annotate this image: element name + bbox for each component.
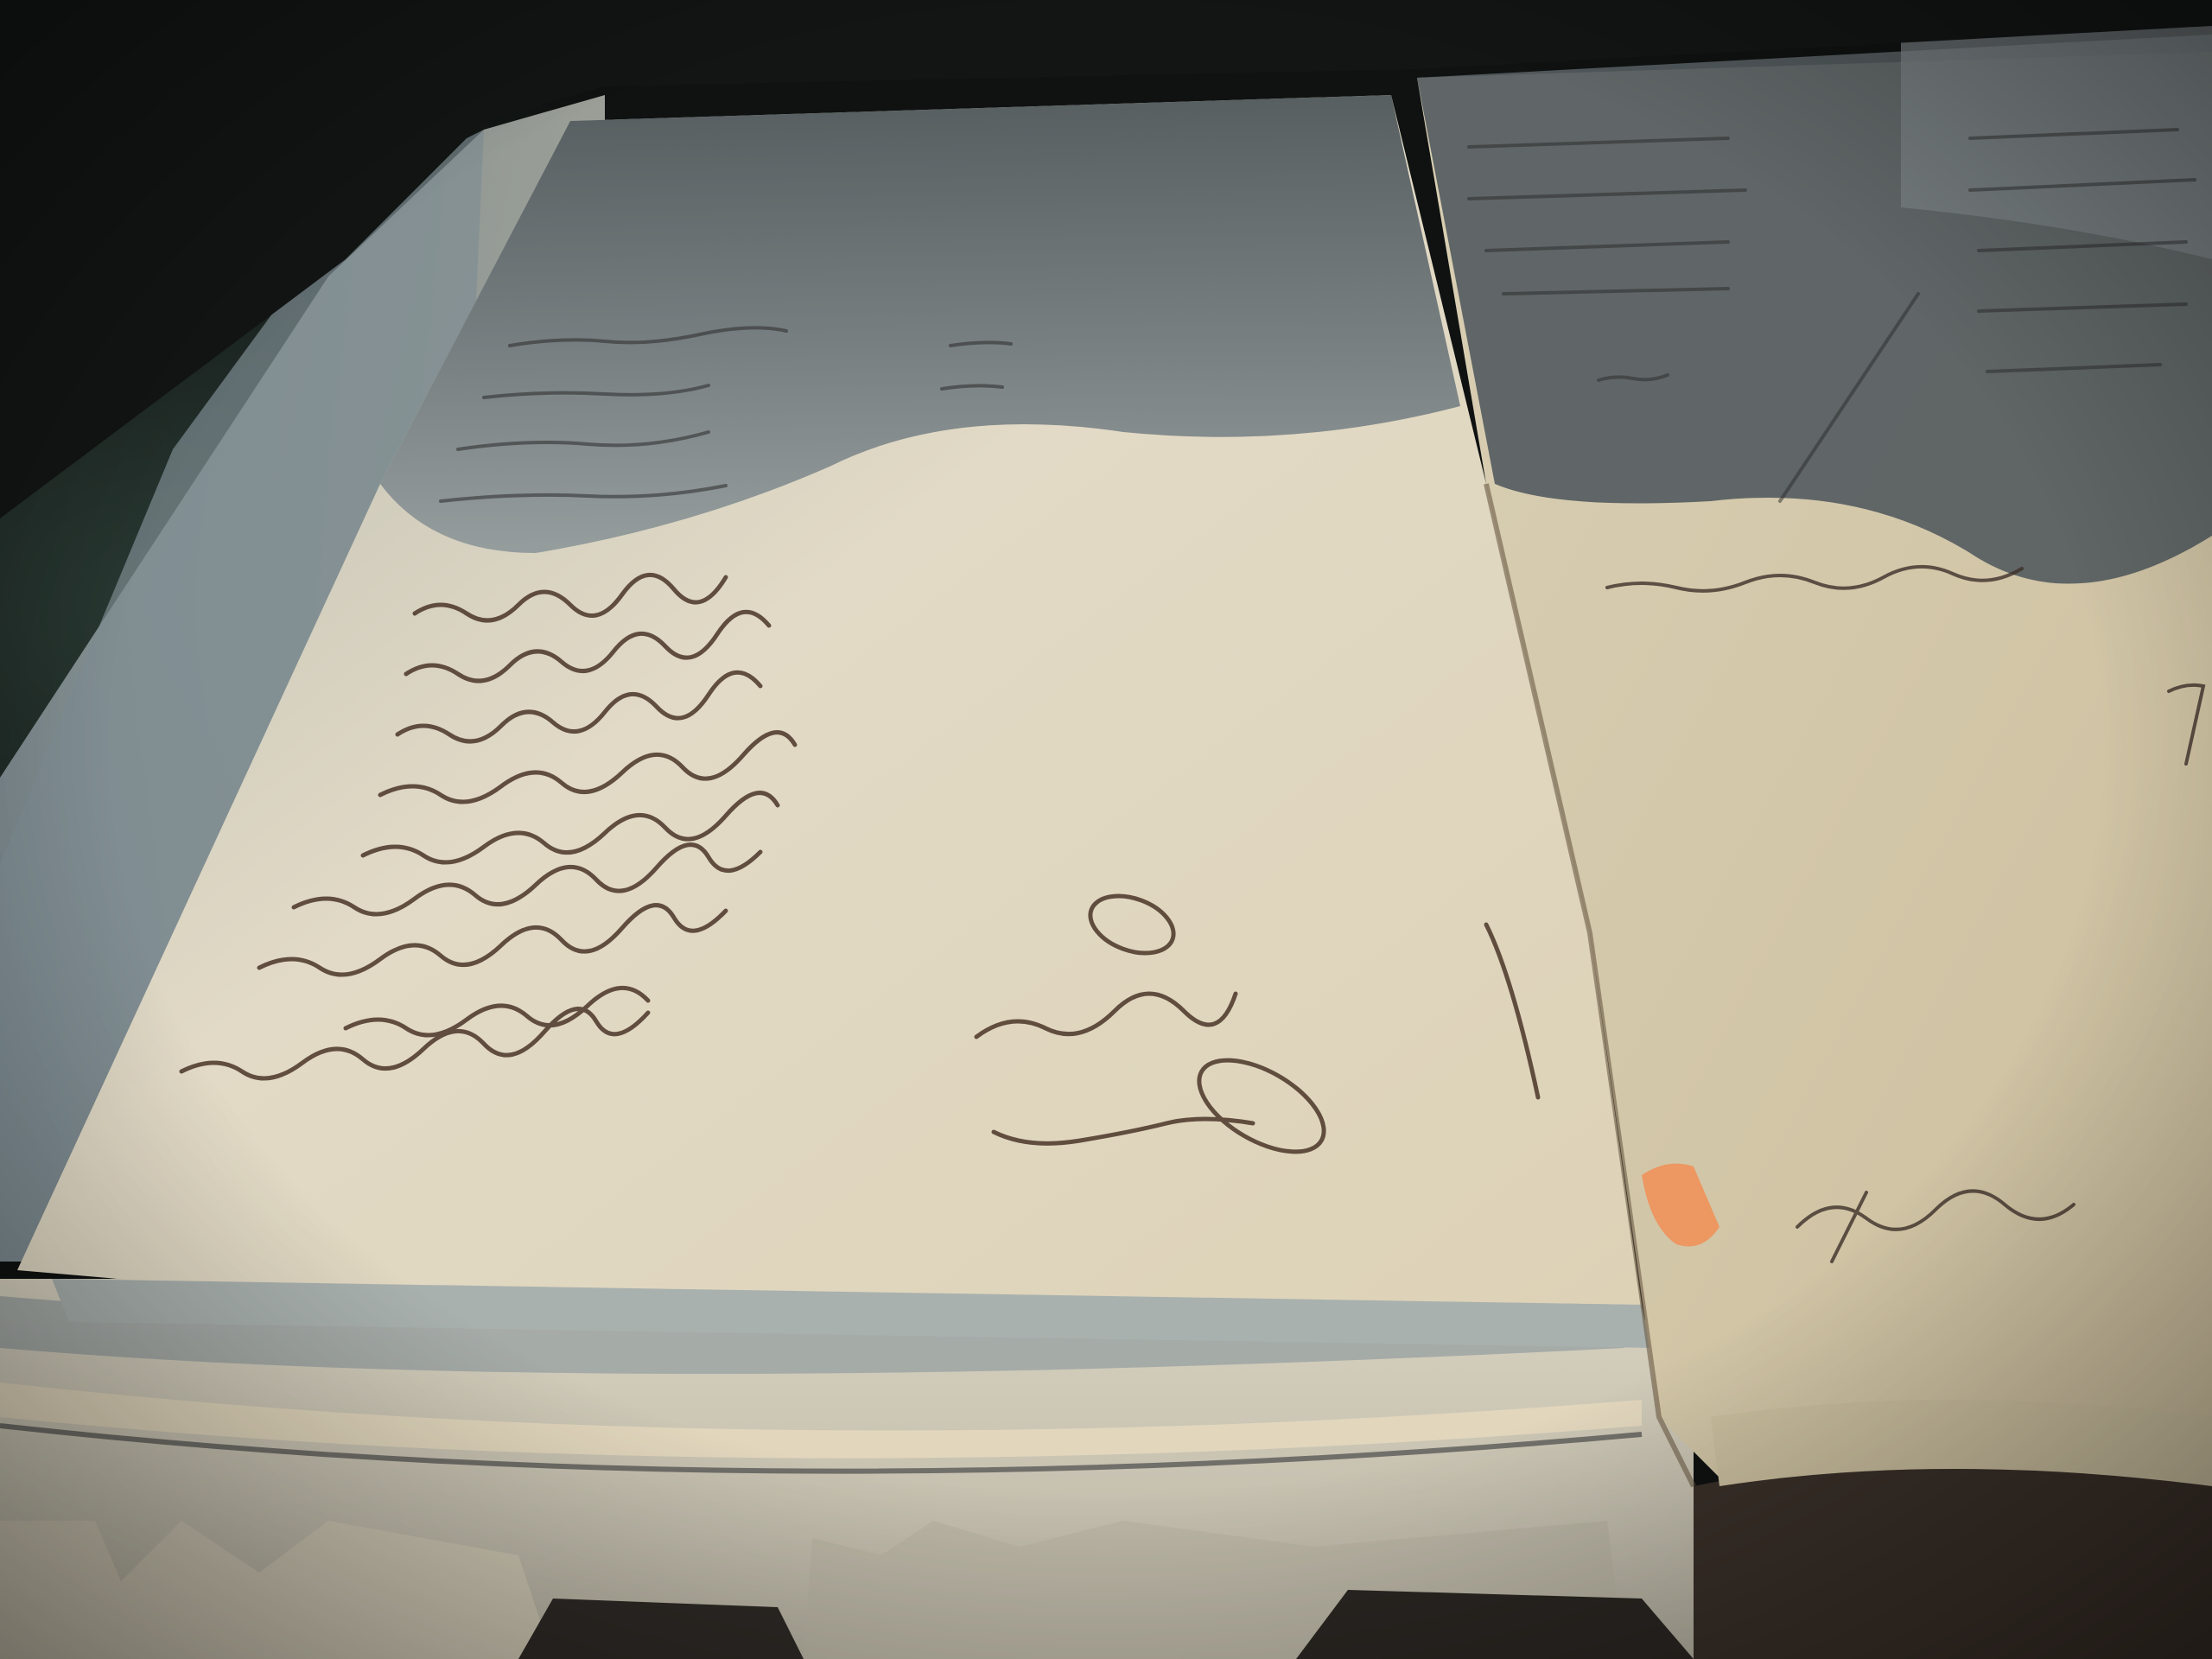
document-stack-illustration bbox=[0, 0, 2212, 1659]
photo-scene bbox=[0, 0, 2212, 1659]
